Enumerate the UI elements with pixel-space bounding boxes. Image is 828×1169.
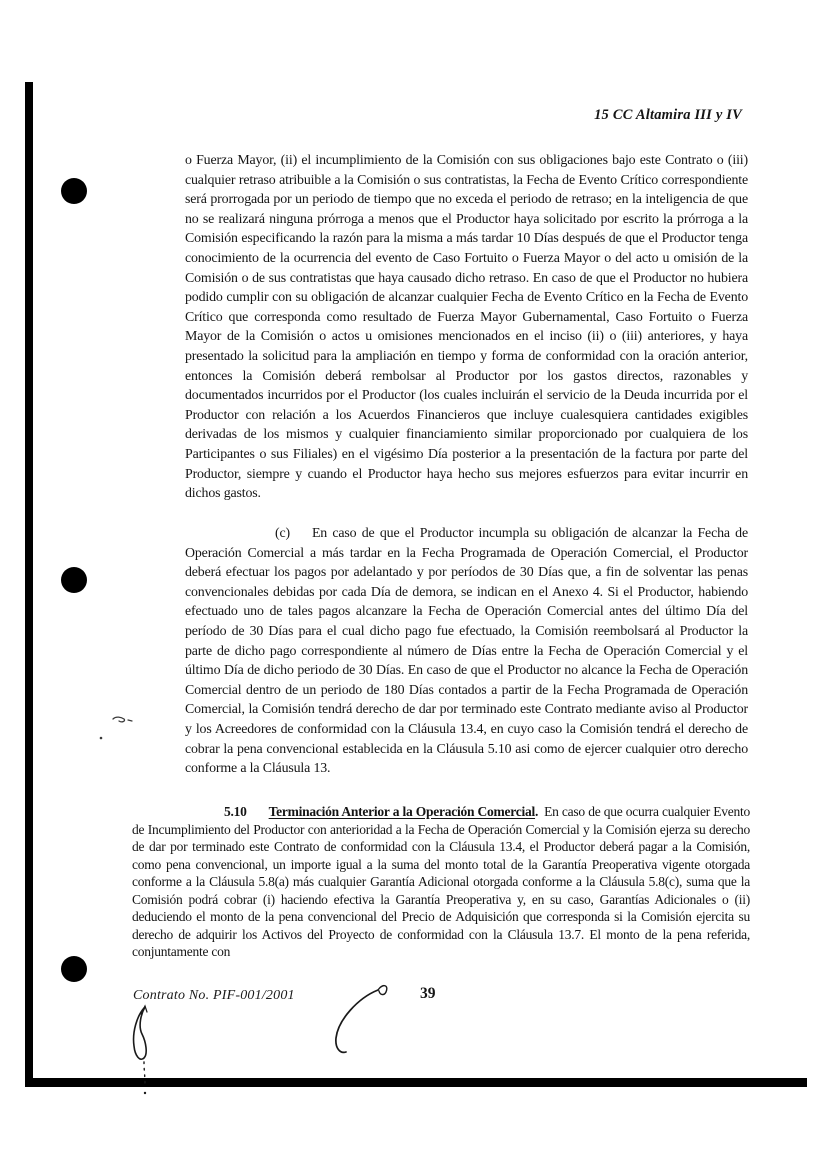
scanned-contract-page: 15 CC Altamira III y IV o Fuerza Mayor, … <box>0 0 828 1169</box>
section-5-10-paragraph: 5.10Terminación Anterior a la Operación … <box>132 803 750 961</box>
clause-c-label: (c) <box>275 526 290 541</box>
running-header: 15 CC Altamira III y IV <box>400 107 742 127</box>
handwritten-curve-mark <box>328 982 392 1062</box>
hole-punch-dot <box>61 567 87 593</box>
paragraph-continuation: o Fuerza Mayor, (ii) el incumplimiento d… <box>185 151 748 504</box>
clause-c-text: En caso de que el Productor incumpla su … <box>185 526 748 776</box>
margin-scribble-mark <box>95 705 140 747</box>
hole-punch-dot <box>61 956 87 982</box>
clause-c-paragraph: (c)En caso de que el Productor incumpla … <box>185 524 748 779</box>
page-number: 39 <box>420 985 460 1003</box>
hole-punch-dot <box>61 178 87 204</box>
handwritten-loop-mark <box>128 1002 168 1102</box>
heading-period: . <box>535 804 538 819</box>
page-border-left <box>25 82 33 1086</box>
section-number: 5.10 <box>224 804 247 819</box>
section-heading: Terminación Anterior a la Operación Come… <box>269 804 535 819</box>
section-text: En caso de que ocurra cualquier Evento d… <box>132 804 750 959</box>
